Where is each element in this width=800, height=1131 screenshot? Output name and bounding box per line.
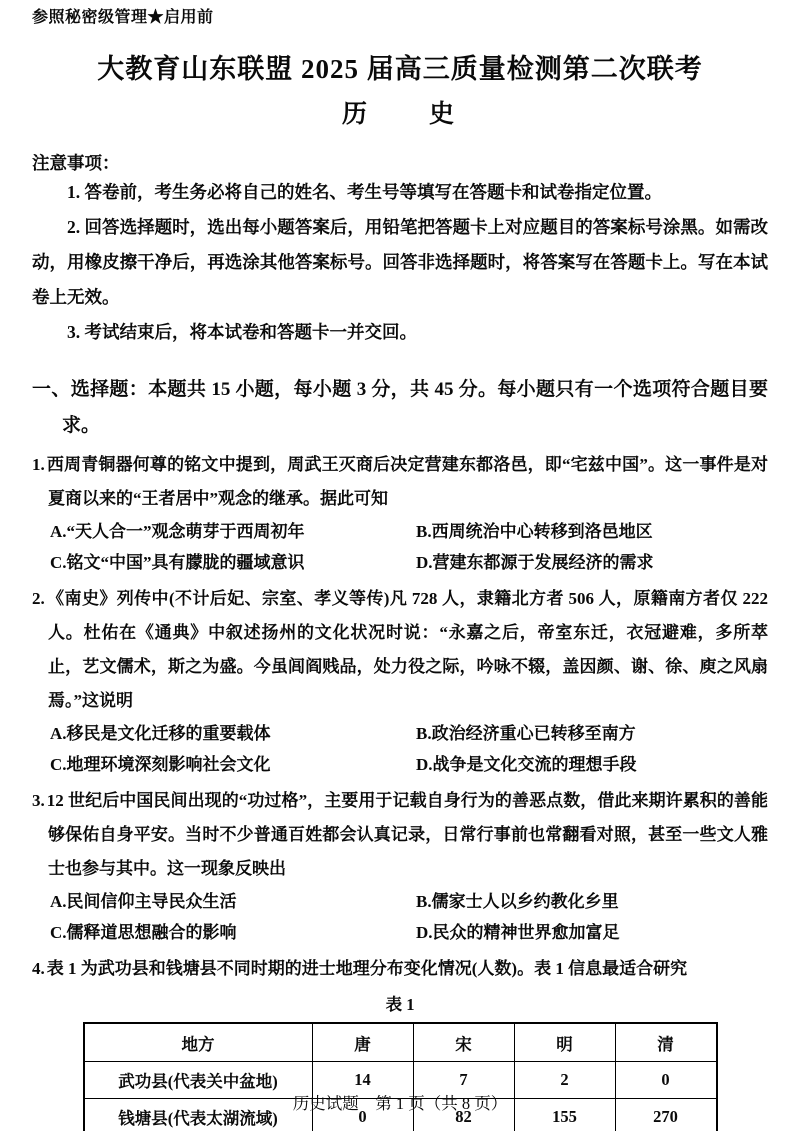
question-3-options: A.民间信仰主导民众生活 B.儒家士人以乡约教化乡里 C.儒释道思想融合的影响 … bbox=[32, 886, 768, 948]
question-1-number: 1. bbox=[32, 455, 47, 474]
table-1-caption: 表 1 bbox=[32, 992, 768, 1018]
question-2-options: A.移民是文化迁移的重要载体 B.政治经济重心已转移至南方 C.地理环境深刻影响… bbox=[32, 718, 768, 780]
question-3: 3.12 世纪后中国民间出现的“功过格”，主要用于记载自身行为的善恶点数，借此来… bbox=[32, 784, 768, 948]
question-3-option-d: D.民众的精神世界愈加富足 bbox=[416, 917, 768, 948]
question-1-option-a: A.“天人合一”观念萌芽于西周初年 bbox=[50, 516, 416, 547]
question-2-option-c: C.地理环境深刻影响社会文化 bbox=[50, 749, 416, 780]
section-heading-multiple-choice: 一、选择题：本题共 15 小题，每小题 3 分，共 45 分。每小题只有一个选项… bbox=[32, 372, 768, 444]
table-1-header-song: 宋 bbox=[413, 1023, 514, 1062]
table-1-header-tang: 唐 bbox=[312, 1023, 413, 1062]
question-2-option-d: D.战争是文化交流的理想手段 bbox=[416, 749, 768, 780]
question-3-option-b: B.儒家士人以乡约教化乡里 bbox=[416, 886, 768, 917]
notice-item-1: 1. 答卷前，考生务必将自己的姓名、考生号等填写在答题卡和试卷指定位置。 bbox=[32, 175, 768, 210]
question-2: 2.《南史》列传中(不计后妃、宗室、孝义等传)凡 728 人，隶籍北方者 506… bbox=[32, 582, 768, 780]
question-2-option-a: A.移民是文化迁移的重要载体 bbox=[50, 718, 416, 749]
question-1-option-c: C.铭文“中国”具有朦胧的疆域意识 bbox=[50, 547, 416, 578]
question-2-text: 《南史》列传中(不计后妃、宗室、孝义等传)凡 728 人，隶籍北方者 506 人… bbox=[47, 589, 768, 710]
question-1-option-b: B.西周统治中心转移到洛邑地区 bbox=[416, 516, 768, 547]
subject-title: 历 史 bbox=[32, 94, 768, 130]
question-3-number: 3. bbox=[32, 791, 47, 810]
table-1-header-place: 地方 bbox=[84, 1023, 313, 1062]
page-footer: 历史试题 第 1 页（共 8 页） bbox=[0, 1090, 800, 1114]
secret-classification-label: 参照秘密级管理★启用前 bbox=[32, 4, 768, 27]
table-1-header-qing: 清 bbox=[615, 1023, 717, 1062]
question-2-stem: 2.《南史》列传中(不计后妃、宗室、孝义等传)凡 728 人，隶籍北方者 506… bbox=[32, 582, 768, 718]
question-1-stem: 1.西周青铜器何尊的铭文中提到，周武王灭商后决定营建东都洛邑，即“宅兹中国”。这… bbox=[32, 448, 768, 516]
question-2-number: 2. bbox=[32, 589, 47, 608]
question-4-stem: 4.表 1 为武功县和钱塘县不同时期的进士地理分布变化情况(人数)。表 1 信息… bbox=[32, 952, 768, 986]
question-1-option-d: D.营建东都源于发展经济的需求 bbox=[416, 547, 768, 578]
question-2-option-b: B.政治经济重心已转移至南方 bbox=[416, 718, 768, 749]
exam-title: 大教育山东联盟 2025 届高三质量检测第二次联考 bbox=[32, 47, 768, 86]
question-3-text: 12 世纪后中国民间出现的“功过格”，主要用于记载自身行为的善恶点数，借此来期许… bbox=[47, 791, 768, 878]
notice-item-2: 2. 回答选择题时，选出每小题答案后，用铅笔把答题卡上对应题目的答案标号涂黑。如… bbox=[32, 210, 768, 315]
question-4-number: 4. bbox=[32, 959, 47, 978]
table-1: 地方 唐 宋 明 清 武功县(代表关中盆地) 14 7 2 0 钱塘县(代表太湖… bbox=[83, 1022, 718, 1131]
exam-paper-page: 参照秘密级管理★启用前 大教育山东联盟 2025 届高三质量检测第二次联考 历 … bbox=[0, 0, 800, 1131]
question-4-text: 表 1 为武功县和钱塘县不同时期的进士地理分布变化情况(人数)。表 1 信息最适… bbox=[47, 959, 687, 978]
notice-heading: 注意事项： bbox=[32, 150, 768, 175]
notice-item-3: 3. 考试结束后，将本试卷和答题卡一并交回。 bbox=[32, 315, 768, 350]
question-1-options: A.“天人合一”观念萌芽于西周初年 B.西周统治中心转移到洛邑地区 C.铭文“中… bbox=[32, 516, 768, 578]
question-1: 1.西周青铜器何尊的铭文中提到，周武王灭商后决定营建东都洛邑，即“宅兹中国”。这… bbox=[32, 448, 768, 578]
question-3-stem: 3.12 世纪后中国民间出现的“功过格”，主要用于记载自身行为的善恶点数，借此来… bbox=[32, 784, 768, 886]
question-3-option-a: A.民间信仰主导民众生活 bbox=[50, 886, 416, 917]
question-1-text: 西周青铜器何尊的铭文中提到，周武王灭商后决定营建东都洛邑，即“宅兹中国”。这一事… bbox=[47, 455, 768, 508]
table-1-header-row: 地方 唐 宋 明 清 bbox=[84, 1023, 717, 1062]
question-3-option-c: C.儒释道思想融合的影响 bbox=[50, 917, 416, 948]
table-1-header-ming: 明 bbox=[514, 1023, 615, 1062]
